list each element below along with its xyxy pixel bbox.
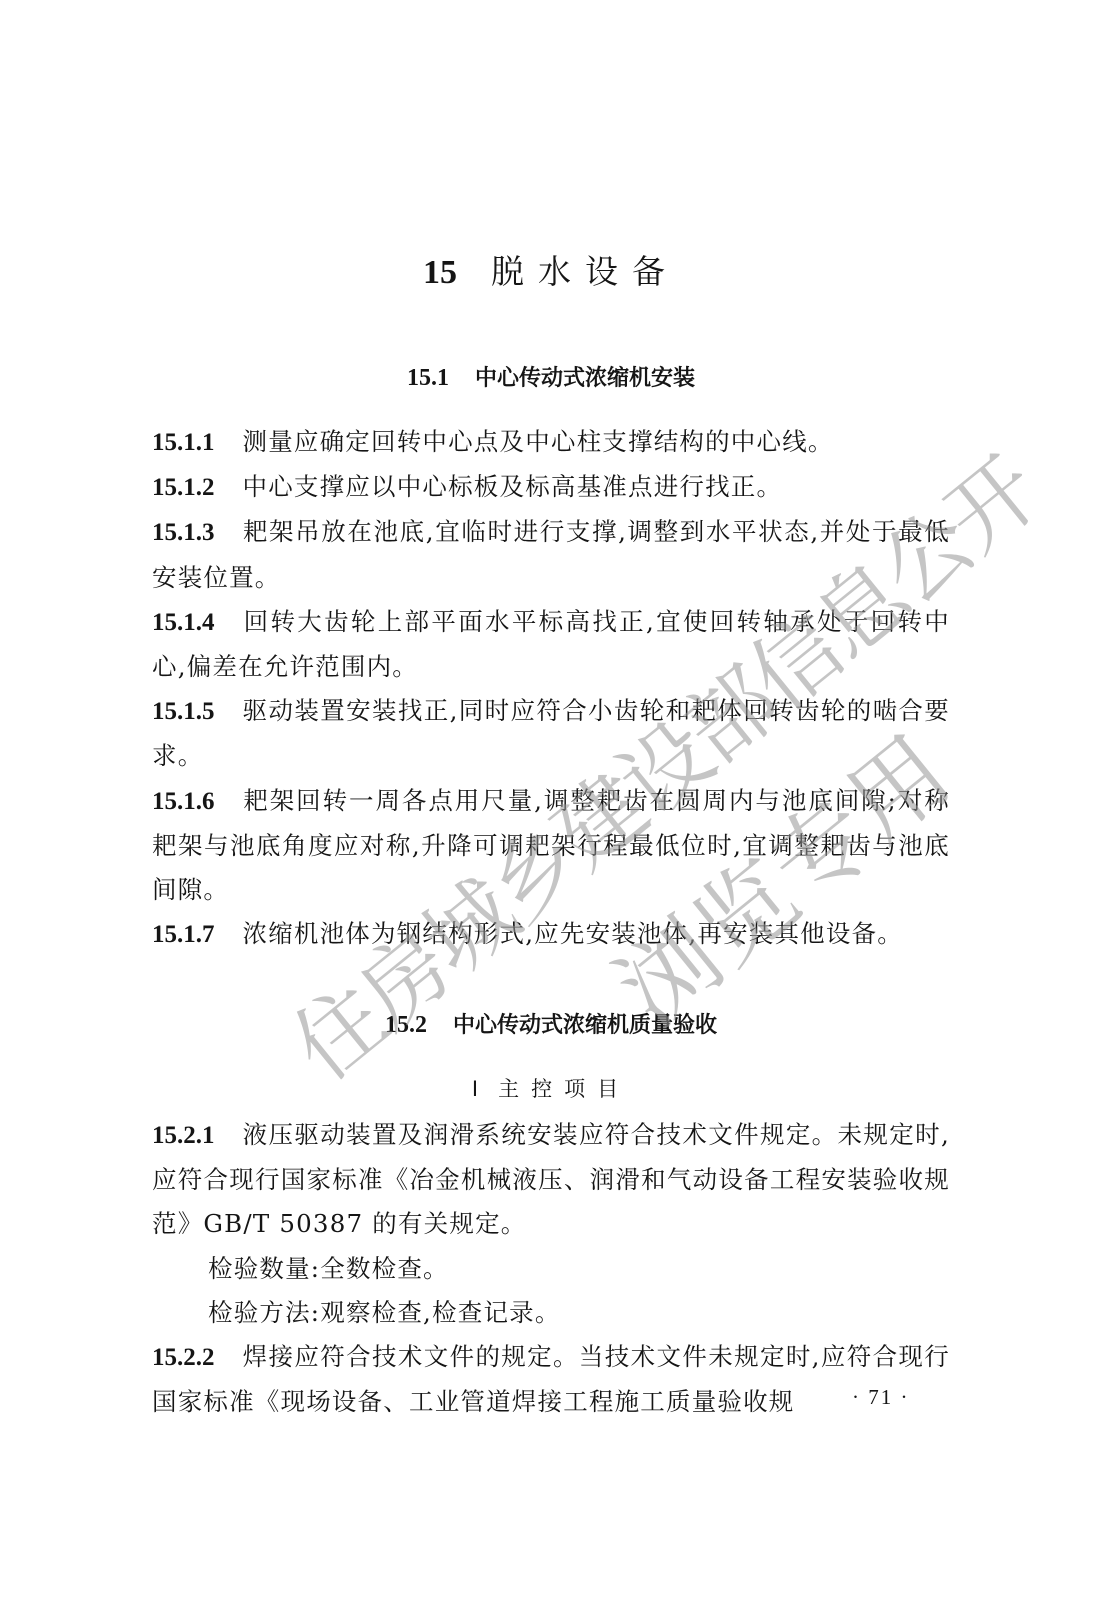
- clause-text: 驱动装置安装找正,同时应符合小齿轮和耙体回转齿轮的啮合要求。: [152, 696, 950, 770]
- clause-text: 耙架吊放在池底,宜临时进行支撑,调整到水平状态,并处于最低安装位置。: [152, 517, 950, 591]
- subsection-roman-numeral: Ⅰ: [472, 1077, 478, 1101]
- clause-number: 15.1.3: [152, 519, 215, 546]
- clause-number: 15.1.7: [152, 921, 215, 948]
- clause-text: 回转大齿轮上部平面水平标高找正,宜使回转轴承处于回转中心,偏差在允许范围内。: [152, 607, 950, 681]
- clause-15-1-3: 15.1.3耙架吊放在池底,宜临时进行支撑,调整到水平状态,并处于最低安装位置。: [152, 510, 950, 599]
- chapter-number: 15: [423, 254, 457, 291]
- clause-number: 15.1.6: [152, 788, 215, 815]
- clause-text: 液压驱动装置及润滑系统安装应符合技术文件规定。未规定时,应符合现行国家标准《冶金…: [152, 1120, 950, 1238]
- clause-text: 耙架回转一周各点用尺量,调整耙齿在圆周内与池底间隙;对称耙架与池底角度应对称,升…: [152, 786, 950, 904]
- clause-text: 中心支撑应以中心标板及标高基准点进行找正。: [243, 472, 783, 501]
- clause-15-2-1: 15.2.1液压驱动装置及润滑系统安装应符合技术文件规定。未规定时,应符合现行国…: [152, 1113, 950, 1247]
- section-15-1-body: 15.1.1测量应确定回转中心点及中心柱支撑结构的中心线。 15.1.2中心支撑…: [152, 420, 950, 957]
- clause-number: 15.1.1: [152, 429, 215, 456]
- section-15-2-body: 15.2.1液压驱动装置及润滑系统安装应符合技术文件规定。未规定时,应符合现行国…: [152, 1113, 950, 1424]
- clause-text: 焊接应符合技术文件的规定。当技术文件未规定时,应符合现行国家标准《现场设备、工业…: [152, 1342, 950, 1416]
- section-title-text: 中心传动式浓缩机质量验收: [453, 1013, 717, 1038]
- section-title-15-2: 15.2中心传动式浓缩机质量验收: [0, 1009, 1102, 1042]
- clause-15-1-4: 15.1.4回转大齿轮上部平面水平标高找正,宜使回转轴承处于回转中心,偏差在允许…: [152, 600, 950, 689]
- clause-15-1-7: 15.1.7浓缩机池体为钢结构形式,应先安装池体,再安装其他设备。: [152, 912, 950, 957]
- chapter-title-text: 脱水设备: [491, 252, 679, 291]
- page-number: · 71 ·: [852, 1385, 910, 1410]
- clause-text: 测量应确定回转中心点及中心柱支撑结构的中心线。: [243, 427, 834, 456]
- clause-number: 15.2.2: [152, 1344, 215, 1371]
- inspection-quantity: 检验数量:全数检查。: [152, 1247, 950, 1291]
- clause-text: 浓缩机池体为钢结构形式,应先安装池体,再安装其他设备。: [243, 919, 903, 948]
- clause-number: 15.1.4: [152, 609, 215, 636]
- clause-number: 15.2.1: [152, 1122, 215, 1149]
- subsection-title: Ⅰ主控项目: [0, 1074, 1102, 1104]
- clause-15-1-2: 15.1.2中心支撑应以中心标板及标高基准点进行找正。: [152, 465, 950, 510]
- section-title-15-1: 15.1中心传动式浓缩机安装: [0, 362, 1102, 395]
- clause-15-1-1: 15.1.1测量应确定回转中心点及中心柱支撑结构的中心线。: [152, 420, 950, 465]
- inspection-method: 检验方法:观察检查,检查记录。: [152, 1291, 950, 1335]
- clause-number: 15.1.2: [152, 474, 215, 501]
- section-number: 15.1: [407, 365, 449, 391]
- chapter-title: 15脱水设备: [0, 250, 1102, 295]
- clause-15-1-6: 15.1.6耙架回转一周各点用尺量,调整耙齿在圆周内与池底间隙;对称耙架与池底角…: [152, 779, 950, 913]
- section-number: 15.2: [385, 1012, 427, 1038]
- section-title-text: 中心传动式浓缩机安装: [475, 366, 695, 391]
- document-page: 15脱水设备 15.1中心传动式浓缩机安装 15.1.1测量应确定回转中心点及中…: [0, 0, 1102, 1598]
- subsection-title-text: 主控项目: [498, 1077, 630, 1101]
- clause-15-1-5: 15.1.5驱动装置安装找正,同时应符合小齿轮和耙体回转齿轮的啮合要求。: [152, 689, 950, 778]
- clause-15-2-2: 15.2.2焊接应符合技术文件的规定。当技术文件未规定时,应符合现行国家标准《现…: [152, 1335, 950, 1424]
- clause-number: 15.1.5: [152, 698, 215, 725]
